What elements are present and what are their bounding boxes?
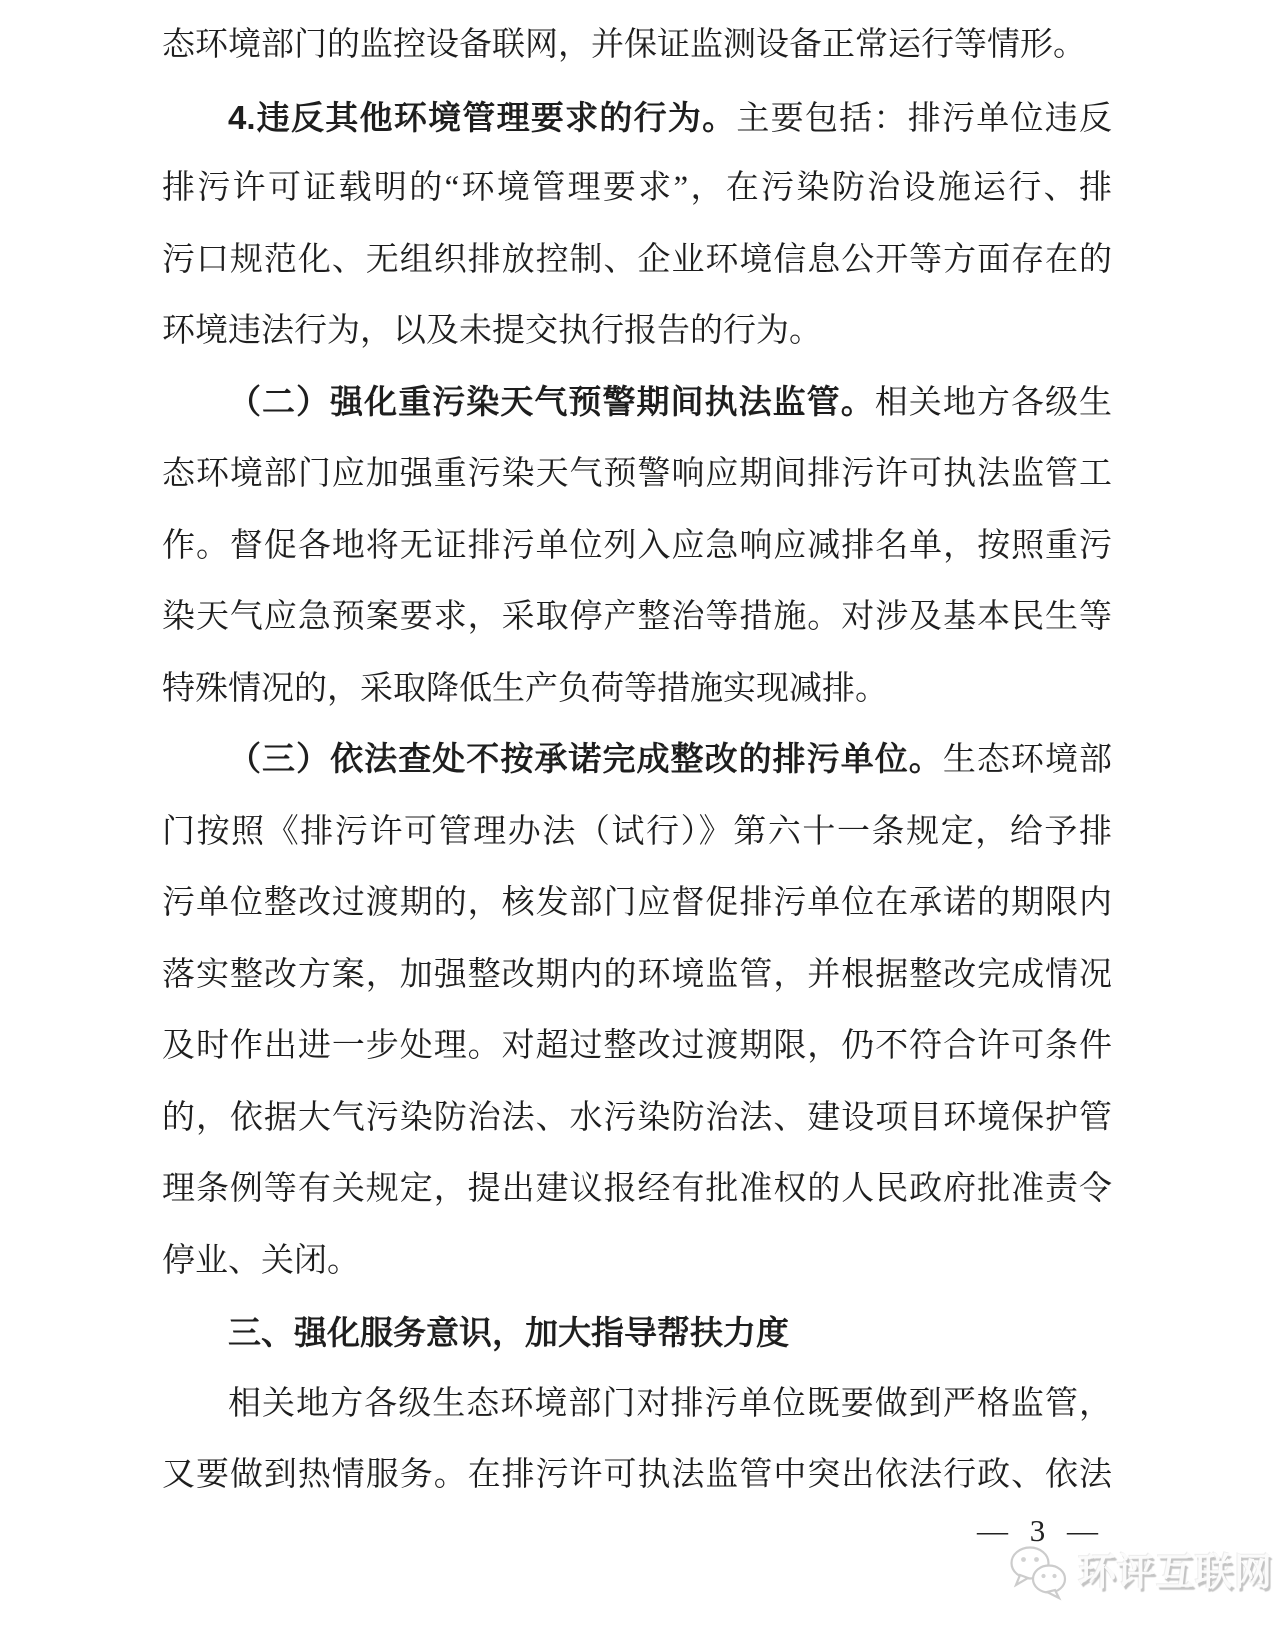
text-line: 作。督促各地将无证排污单位列入应急响应减排名单，按照重污	[162, 511, 1112, 583]
text-segment: 污单位整改过渡期的，核发部门应督促排污单位在承诺的期限内	[162, 885, 1112, 921]
text-line: 及时作出进一步处理。对超过整改过渡期限，仍不符合许可条件	[162, 1011, 1112, 1083]
document-body: 态环境部门的监控设备联网，并保证监测设备正常运行等情形。4.违反其他环境管理要求…	[162, 10, 1112, 1512]
text-segment: 特殊情况的，采取降低生产负荷等措施实现减排。	[162, 671, 888, 707]
text-line: 态环境部门应加强重污染天气预警响应期间排污许可执法监管工	[162, 439, 1112, 511]
text-segment: 落实整改方案，加强整改期内的环境监管，并根据整改完成情况	[162, 957, 1112, 993]
text-segment: 态环境部门应加强重污染天气预警响应期间排污许可执法监管工	[162, 456, 1112, 492]
text-segment: 停业、关闭。	[162, 1243, 360, 1279]
text-segment: 门按照《排污许可管理办法（试行）》第六十一条规定，给予排	[162, 814, 1112, 850]
text-segment-emphasis: 4.违反其他环境管理要求的行为。	[228, 99, 736, 136]
text-line: 停业、关闭。	[162, 1226, 1112, 1298]
text-segment-emphasis: （三）依法查处不按承诺完成整改的排污单位。	[228, 742, 943, 778]
page-number: — 3 —	[960, 1513, 1115, 1549]
text-line: 相关地方各级生态环境部门对排污单位既要做到严格监管，	[162, 1369, 1112, 1441]
text-line: 又要做到热情服务。在排污许可执法监管中突出依法行政、依法	[162, 1440, 1112, 1512]
text-segment: 及时作出进一步处理。对超过整改过渡期限，仍不符合许可条件	[162, 1028, 1112, 1064]
text-segment-emphasis: 三、强化服务意识，加大指导帮扶力度	[228, 1314, 789, 1351]
text-line: 染天气应急预案要求，采取停产整治等措施。对涉及基本民生等	[162, 582, 1112, 654]
document-page: 态环境部门的监控设备联网，并保证监测设备正常运行等情形。4.违反其他环境管理要求…	[0, 0, 1280, 1637]
text-line: 落实整改方案，加强整改期内的环境监管，并根据整改完成情况	[162, 940, 1112, 1012]
text-line: 三、强化服务意识，加大指导帮扶力度	[162, 1297, 1112, 1369]
text-line: 门按照《排污许可管理办法（试行）》第六十一条规定，给予排	[162, 797, 1112, 869]
text-segment: 染天气应急预案要求，采取停产整治等措施。对涉及基本民生等	[162, 599, 1112, 635]
wechat-icon	[1008, 1545, 1070, 1601]
text-line: 特殊情况的，采取降低生产负荷等措施实现减排。	[162, 654, 1112, 726]
text-segment: 理条例等有关规定，提出建议报经有批准权的人民政府批准责令	[162, 1171, 1112, 1207]
text-segment: 作。督促各地将无证排污单位列入应急响应减排名单，按照重污	[162, 528, 1112, 564]
text-line: 理条例等有关规定，提出建议报经有批准权的人民政府批准责令	[162, 1154, 1112, 1226]
text-line: 的，依据大气污染防治法、水污染防治法、建设项目环境保护管	[162, 1083, 1112, 1155]
text-segment-emphasis: （二）强化重污染天气预警期间执法监管。	[228, 385, 875, 421]
watermark: 环评互联网	[1008, 1545, 1273, 1601]
text-segment: 主要包括：排污单位违反	[736, 101, 1112, 137]
text-segment: 的，依据大气污染防治法、水污染防治法、建设项目环境保护管	[162, 1100, 1112, 1136]
text-line: 4.违反其他环境管理要求的行为。主要包括：排污单位违反	[162, 82, 1112, 154]
text-segment: 环境违法行为，以及未提交执行报告的行为。	[162, 313, 822, 349]
text-line: 污单位整改过渡期的，核发部门应督促排污单位在承诺的期限内	[162, 868, 1112, 940]
text-line: 环境违法行为，以及未提交执行报告的行为。	[162, 296, 1112, 368]
text-line: 排污许可证载明的“环境管理要求”，在污染防治设施运行、排	[162, 153, 1112, 225]
watermark-text: 环评互联网	[1078, 1554, 1273, 1592]
text-segment: 态环境部门的监控设备联网，并保证监测设备正常运行等情形。	[162, 27, 1086, 63]
text-segment: 相关地方各级生	[875, 385, 1112, 421]
text-segment: 生态环境部	[943, 742, 1112, 778]
text-segment: 排污许可证载明的“环境管理要求”，在污染防治设施运行、排	[162, 170, 1112, 206]
text-segment: 又要做到热情服务。在排污许可执法监管中突出依法行政、依法	[162, 1457, 1112, 1493]
text-line: （三）依法查处不按承诺完成整改的排污单位。生态环境部	[162, 725, 1112, 797]
text-segment: 污口规范化、无组织排放控制、企业环境信息公开等方面存在的	[162, 242, 1112, 278]
text-line: 污口规范化、无组织排放控制、企业环境信息公开等方面存在的	[162, 225, 1112, 297]
text-line: （二）强化重污染天气预警期间执法监管。相关地方各级生	[162, 368, 1112, 440]
text-segment: 相关地方各级生态环境部门对排污单位既要做到严格监管，	[228, 1386, 1112, 1422]
text-line: 态环境部门的监控设备联网，并保证监测设备正常运行等情形。	[162, 10, 1112, 82]
